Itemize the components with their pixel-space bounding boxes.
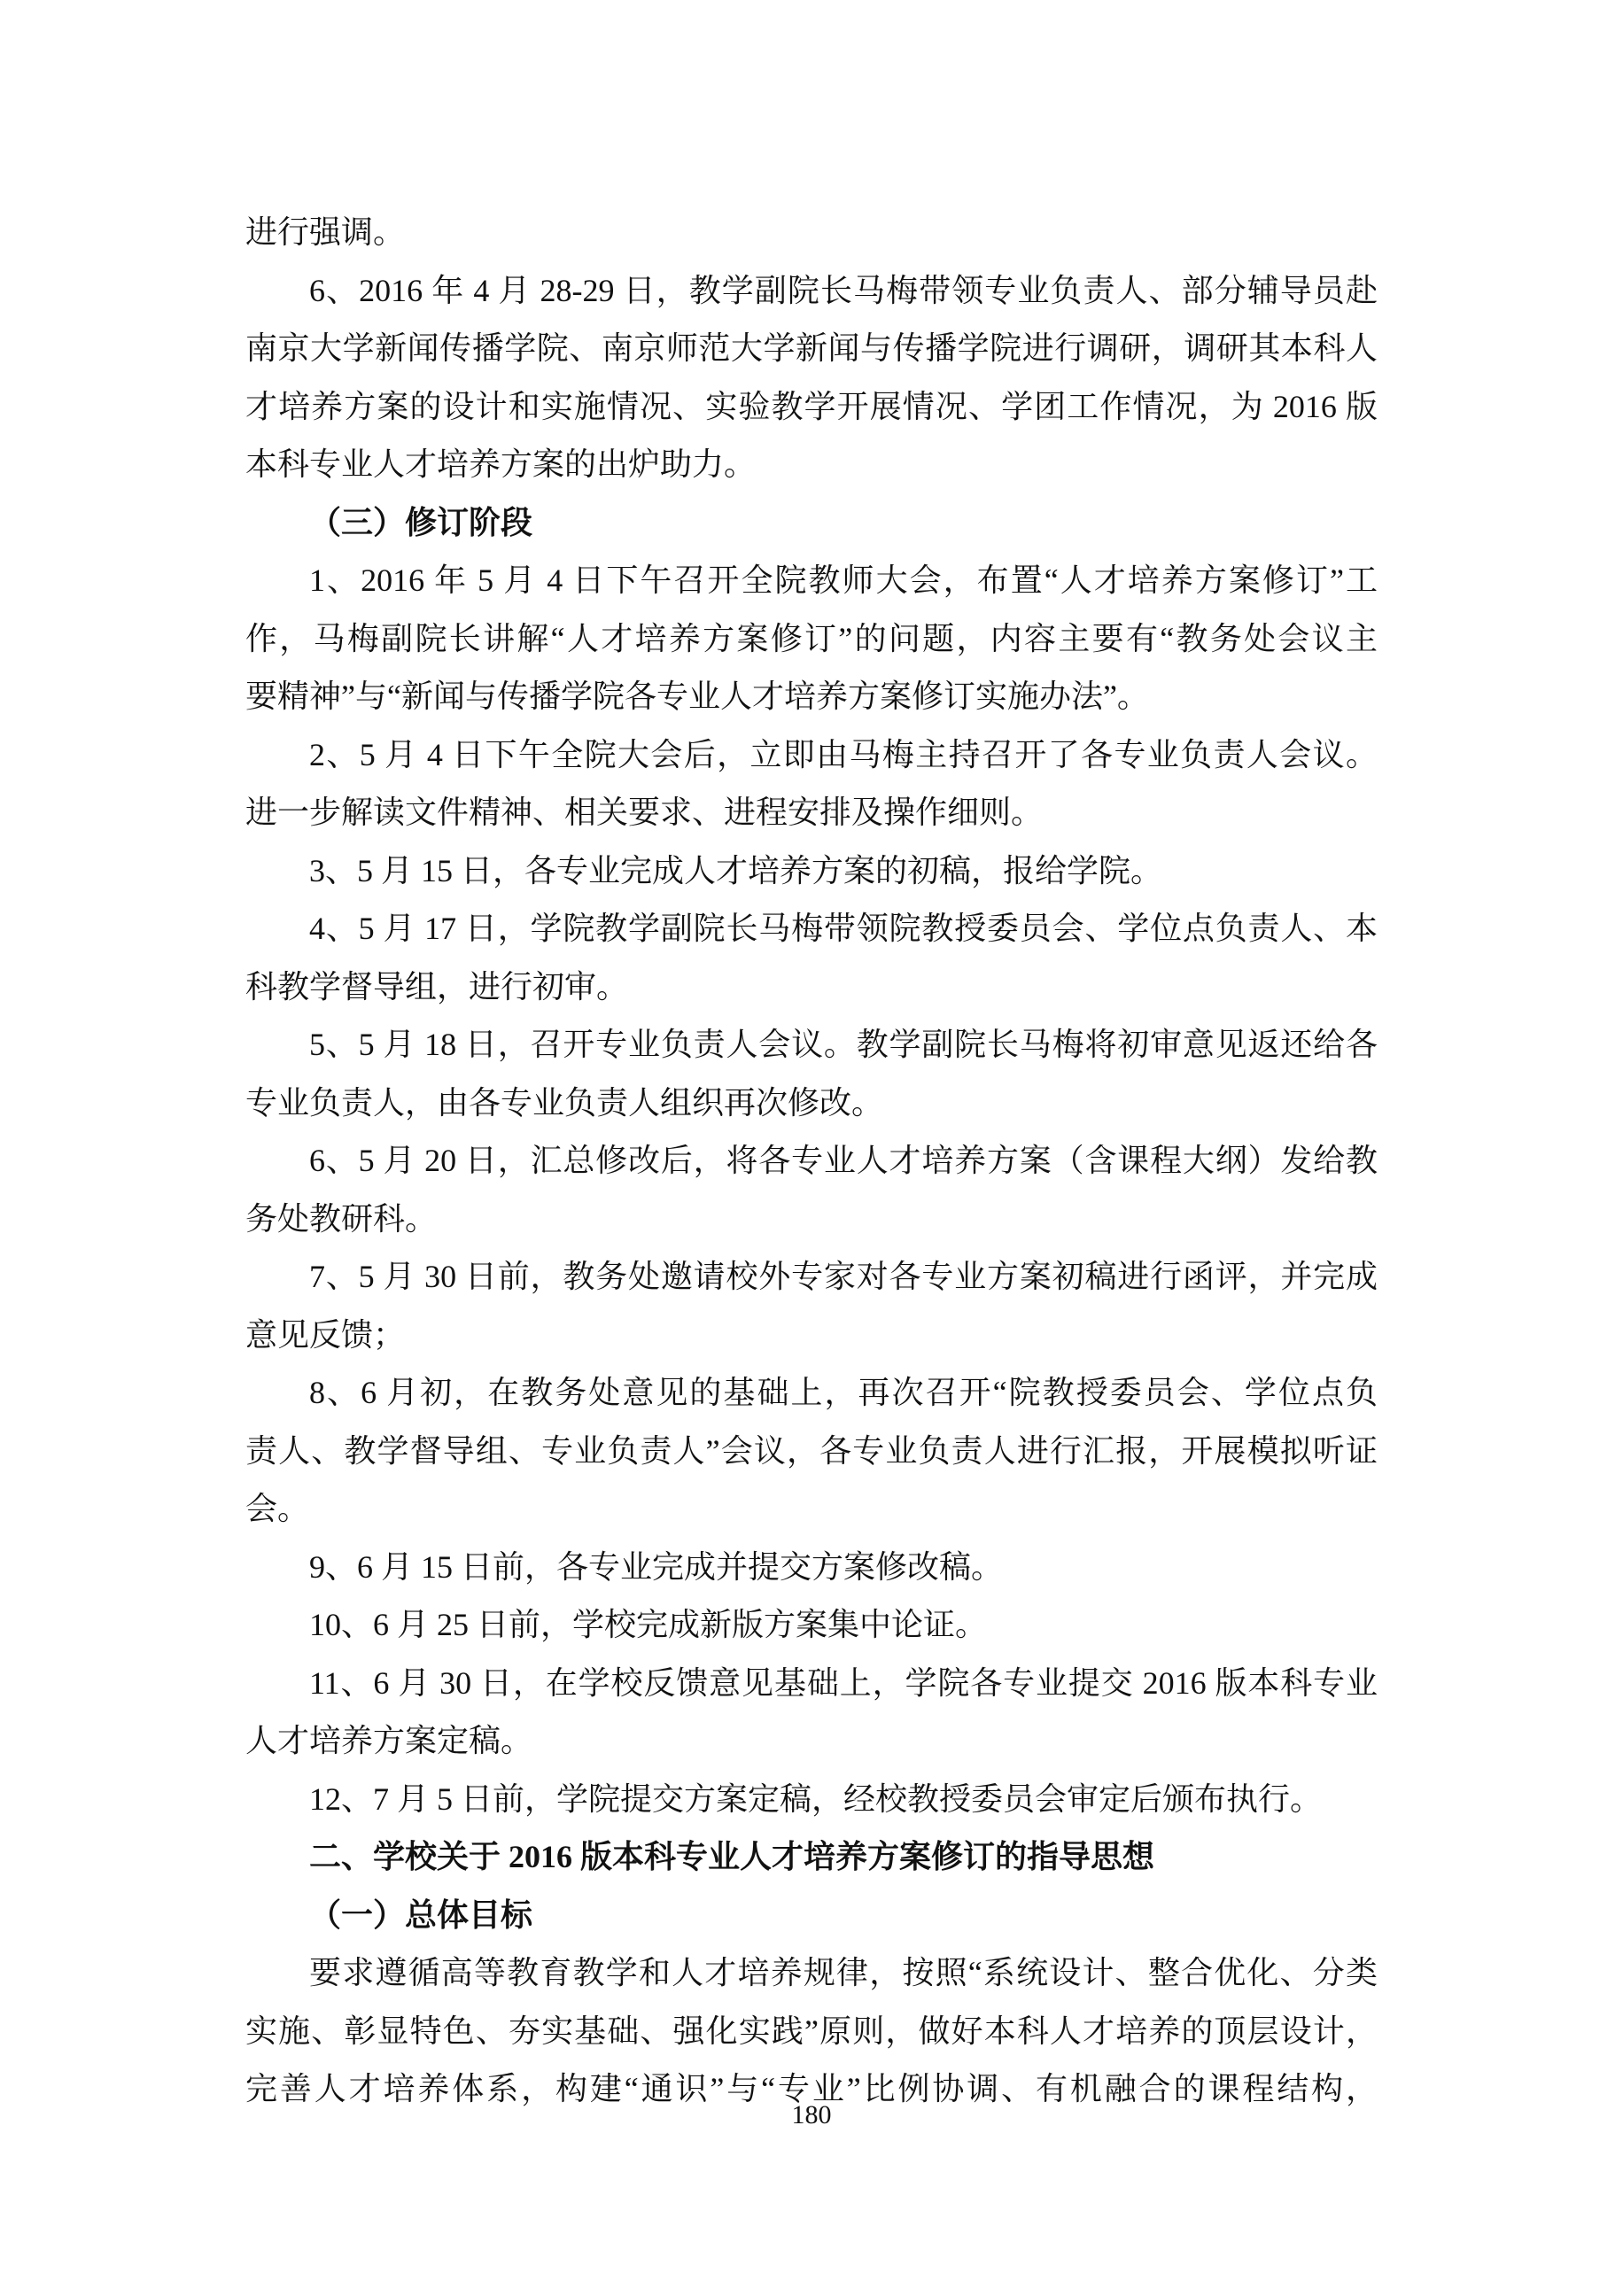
text-line: 本科专业人才培养方案的出炉助力。 bbox=[245, 436, 1378, 494]
text-line: 务处教研科。 bbox=[245, 1191, 1378, 1249]
text-line: 7、5 月 30 日前，教务处邀请校外专家对各专业方案初稿进行函评，并完成 bbox=[245, 1248, 1378, 1307]
text-line: 会。 bbox=[245, 1480, 1378, 1539]
text-line: 12、7 月 5 日前，学院提交方案定稿，经校教授委员会审定后颁布执行。 bbox=[245, 1771, 1378, 1829]
page-number: 180 bbox=[0, 2096, 1623, 2135]
text-line: 意见反馈； bbox=[245, 1307, 1378, 1365]
text-line: 南京大学新闻传播学院、南京师范大学新闻与传播学院进行调研，调研其本科人 bbox=[245, 320, 1378, 378]
document-body: 进行强调。 6、2016 年 4 月 28-29 日，教学副院长马梅带领专业负责… bbox=[245, 204, 1378, 2119]
document-page: 进行强调。 6、2016 年 4 月 28-29 日，教学副院长马梅带领专业负责… bbox=[0, 0, 1623, 2296]
section-heading: 二、学校关于 2016 版本科专业人才培养方案修订的指导思想 bbox=[245, 1828, 1378, 1887]
text-line: 责人、教学督导组、专业负责人”会议，各专业负责人进行汇报，开展模拟听证 bbox=[245, 1423, 1378, 1481]
text-line: 6、5 月 20 日，汇总修改后，将各专业人才培养方案（含课程大纲）发给教 bbox=[245, 1132, 1378, 1191]
text-line: 3、5 月 15 日，各专业完成人才培养方案的初稿，报给学院。 bbox=[245, 842, 1378, 901]
text-line: 才培养方案的设计和实施情况、实验教学开展情况、学团工作情况，为 2016 版 bbox=[245, 378, 1378, 437]
text-line: 11、6 月 30 日，在学校反馈意见基础上，学院各专业提交 2016 版本科专… bbox=[245, 1655, 1378, 1713]
text-line: 要求遵循高等教育教学和人才培养规律，按照“系统设计、整合优化、分类 bbox=[245, 1944, 1378, 2003]
text-line: 实施、彰显特色、夯实基础、强化实践”原则，做好本科人才培养的顶层设计， bbox=[245, 2003, 1378, 2061]
text-line: 10、6 月 25 日前，学校完成新版方案集中论证。 bbox=[245, 1596, 1378, 1655]
text-line: 要精神”与“新闻与传播学院各专业人才培养方案修订实施办法”。 bbox=[245, 668, 1378, 726]
section-heading: （一）总体目标 bbox=[245, 1887, 1378, 1945]
text-line: 专业负责人，由各专业负责人组织再次修改。 bbox=[245, 1074, 1378, 1133]
section-heading: （三）修订阶段 bbox=[245, 494, 1378, 553]
text-line: 科教学督导组，进行初审。 bbox=[245, 958, 1378, 1017]
text-line: 8、6 月初，在教务处意见的基础上，再次召开“院教授委员会、学位点负 bbox=[245, 1364, 1378, 1423]
text-line: 进一步解读文件精神、相关要求、进程安排及操作细则。 bbox=[245, 784, 1378, 842]
text-line: 5、5 月 18 日，召开专业负责人会议。教学副院长马梅将初审意见返还给各 bbox=[245, 1016, 1378, 1074]
text-line: 9、6 月 15 日前，各专业完成并提交方案修改稿。 bbox=[245, 1539, 1378, 1597]
text-line: 1、2016 年 5 月 4 日下午召开全院教师大会，布置“人才培养方案修订”工 bbox=[245, 552, 1378, 610]
text-line: 作，马梅副院长讲解“人才培养方案修订”的问题，内容主要有“教务处会议主 bbox=[245, 610, 1378, 669]
text-line: 4、5 月 17 日，学院教学副院长马梅带领院教授委员会、学位点负责人、本 bbox=[245, 900, 1378, 958]
text-line: 6、2016 年 4 月 28-29 日，教学副院长马梅带领专业负责人、部分辅导… bbox=[245, 262, 1378, 321]
text-line: 2、5 月 4 日下午全院大会后，立即由马梅主持召开了各专业负责人会议。 bbox=[245, 726, 1378, 785]
text-line: 进行强调。 bbox=[245, 204, 1378, 262]
text-line: 人才培养方案定稿。 bbox=[245, 1712, 1378, 1771]
